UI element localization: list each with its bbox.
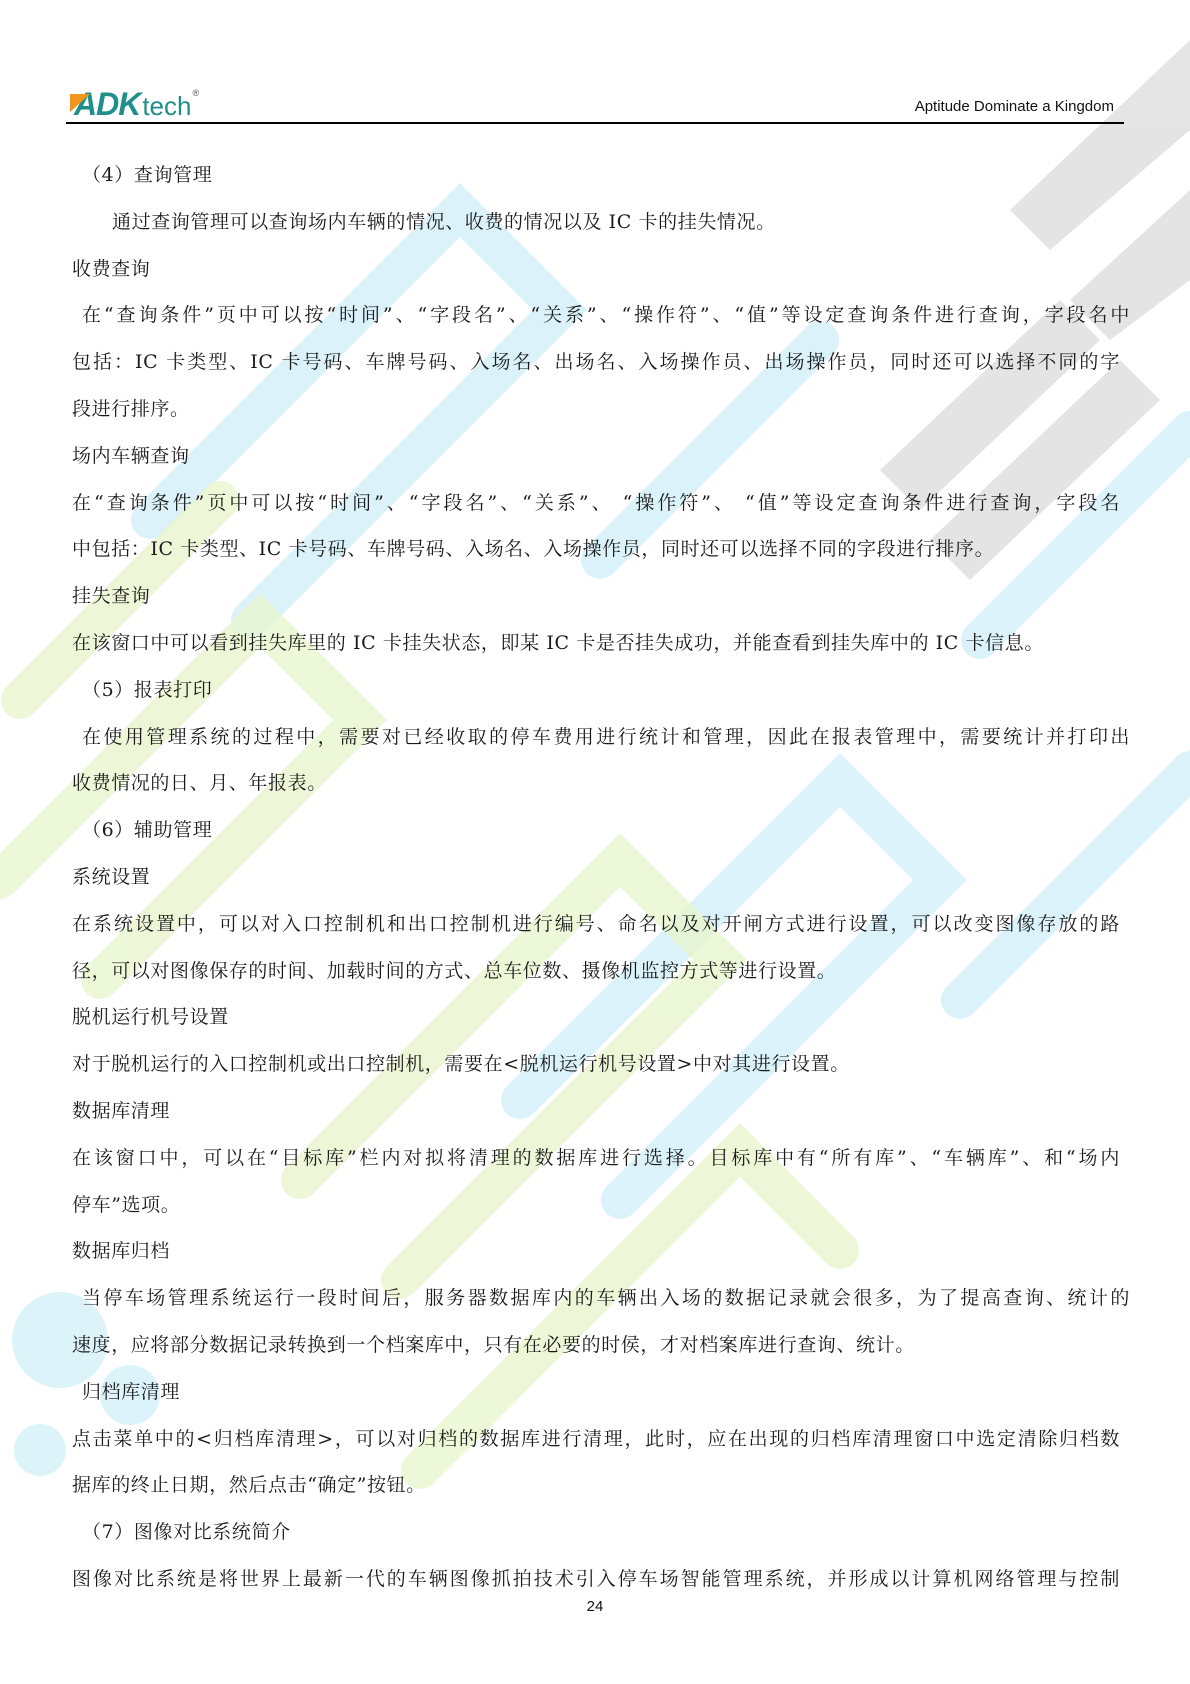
paragraph: 据库的终止日期，然后点击“确定”按钮。 bbox=[72, 1462, 1122, 1509]
header-tagline: Aptitude Dominate a Kingdom bbox=[915, 98, 1114, 115]
paragraph: 通过查询管理可以查询场内车辆的情况、收费的情况以及 IC 卡的挂失情况。 bbox=[72, 199, 1122, 246]
paragraph: 速度，应将部分数据记录转换到一个档案库中，只有在必要的时侯，才对档案库进行查询、… bbox=[72, 1322, 1122, 1369]
page-header: ADK tech ® Aptitude Dominate a Kingdom bbox=[66, 82, 1124, 126]
paragraph: 在“查询条件”页中可以按“时间”、“字段名”、“关系”、 “操作符”、 “值”等… bbox=[72, 480, 1120, 527]
section-heading-report-printing: （5）报表打印 bbox=[72, 667, 1122, 714]
paragraph: 在该窗口中可以看到挂失库里的 IC 卡挂失状态，即某 IC 卡是否挂失成功，并能… bbox=[72, 620, 1122, 667]
paragraph: 径，可以对图像保存的时间、加载时间的方式、总车位数、摄像机监控方式等进行设置。 bbox=[72, 948, 1122, 995]
subheading-vehicle-query: 场内车辆查询 bbox=[72, 433, 1122, 480]
logo-wedge-icon bbox=[70, 94, 90, 112]
document-body: （4）查询管理 通过查询管理可以查询场内车辆的情况、收费的情况以及 IC 卡的挂… bbox=[72, 152, 1122, 1603]
paragraph: 包括：IC 卡类型、IC 卡号码、车牌号码、入场名、出场名、入场操作员、出场操作… bbox=[72, 339, 1120, 386]
subheading-fee-query: 收费查询 bbox=[72, 246, 1122, 293]
adktech-logo: ADK tech ® bbox=[74, 86, 199, 120]
section-heading-image-comparison: （7）图像对比系统简介 bbox=[72, 1509, 1122, 1556]
logo-mark: ADK bbox=[74, 88, 140, 120]
section-heading-query-management: （4）查询管理 bbox=[72, 152, 1122, 199]
logo-suffix: tech bbox=[142, 92, 191, 120]
paragraph: 中包括：IC 卡类型、IC 卡号码、车牌号码、入场名、入场操作员，同时还可以选择… bbox=[72, 526, 1122, 573]
paragraph: 点击菜单中的<归档库清理>，可以对归档的数据库进行清理，此时，应在出现的归档库清… bbox=[72, 1416, 1120, 1463]
subheading-database-archive: 数据库归档 bbox=[72, 1228, 1122, 1275]
paragraph: 当停车场管理系统运行一段时间后，服务器数据库内的车辆出入场的数据记录就会很多，为… bbox=[72, 1275, 1130, 1322]
paragraph: 在系统设置中，可以对入口控制机和出口控制机进行编号、命名以及对开闸方式进行设置，… bbox=[72, 901, 1120, 948]
paragraph: 段进行排序。 bbox=[72, 386, 1122, 433]
subheading-database-cleanup: 数据库清理 bbox=[72, 1088, 1122, 1135]
paragraph: 对于脱机运行的入口控制机或出口控制机，需要在<脱机运行机号设置>中对其进行设置。 bbox=[72, 1041, 1122, 1088]
paragraph: 图像对比系统是将世界上最新一代的车辆图像抓拍技术引入停车场智能管理系统，并形成以… bbox=[72, 1556, 1120, 1603]
paragraph: 在“查询条件”页中可以按“时间”、“字段名”、“关系”、“操作符”、“值”等设定… bbox=[72, 292, 1130, 339]
paragraph: 在该窗口中，可以在“目标库”栏内对拟将清理的数据库进行选择。目标库中有“所有库”… bbox=[72, 1135, 1120, 1182]
header-divider bbox=[66, 122, 1124, 124]
paragraph: 停车”选项。 bbox=[72, 1182, 1122, 1229]
paragraph: 收费情况的日、月、年报表。 bbox=[72, 760, 1122, 807]
subheading-system-settings: 系统设置 bbox=[72, 854, 1122, 901]
page-number: 24 bbox=[0, 1598, 1190, 1615]
registered-mark: ® bbox=[192, 88, 199, 98]
subheading-archive-cleanup: 归档库清理 bbox=[72, 1369, 1122, 1416]
subheading-loss-query: 挂失查询 bbox=[72, 573, 1122, 620]
paragraph: 在使用管理系统的过程中，需要对已经收取的停车费用进行统计和管理，因此在报表管理中… bbox=[72, 714, 1130, 761]
subheading-offline-machine-settings: 脱机运行机号设置 bbox=[72, 994, 1122, 1041]
section-heading-auxiliary-management: （6）辅助管理 bbox=[72, 807, 1122, 854]
